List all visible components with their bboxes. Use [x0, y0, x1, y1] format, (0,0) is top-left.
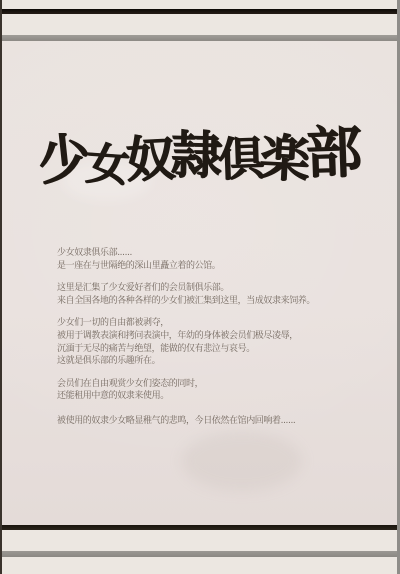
- body-text-line: 被用于调教表演和拷问表演中，年幼的身体被会员们极尽凌辱，: [57, 330, 357, 343]
- body-text-line: 会员们在自由观赏少女们姿态的同时，: [57, 378, 357, 391]
- body-text-line: 这里是汇集了少女爱好者们的会员制俱乐部。: [57, 282, 357, 295]
- body-text-line: 这就是俱乐部的乐趣所在。: [57, 355, 357, 368]
- page-title: 少女奴隷倶楽部: [0, 112, 400, 208]
- paragraph: 少女奴隶俱乐部...... 是一座在与世隔绝的深山里矗立着的公馆。: [57, 247, 357, 272]
- top-black-rule: [0, 9, 400, 14]
- top-gray-rule: [0, 35, 400, 41]
- title-character: 部: [304, 109, 363, 199]
- paragraph: 被使用的奴隶少女略显稚气的悲鸣，今日依然在馆内回响着......: [57, 415, 357, 428]
- paper-stain: [182, 431, 302, 491]
- body-text-line: 来自全国各地的各种各样的少女们被汇集到这里，当成奴隶来饲养。: [57, 295, 357, 308]
- paragraph: 会员们在自由观赏少女们姿态的同时， 还能租用中意的奴隶来使用。: [57, 378, 357, 403]
- body-text-line: 沉湎于无尽的痛苦与绝望，能做的仅有悲泣与哀号。: [57, 343, 357, 356]
- title-character: 隷: [170, 113, 223, 202]
- bottom-black-rule: [0, 525, 400, 530]
- body-text-line: 少女奴隶俱乐部......: [57, 247, 357, 260]
- body-text-block: 少女奴隶俱乐部...... 是一座在与世隔绝的深山里矗立着的公馆。 这里是汇集了…: [57, 247, 357, 438]
- paragraph: 少女们一切的自由都被剥夺， 被用于调教表演和拷问表演中，年幼的身体被会员们极尽凌…: [57, 317, 357, 367]
- bottom-gray-rule: [0, 551, 400, 557]
- body-text-line: 被使用的奴隶少女略显稚气的悲鸣，今日依然在馆内回响着......: [57, 415, 357, 428]
- paragraph: 这里是汇集了少女爱好者们的会员制俱乐部。 来自全国各地的各种各样的少女们被汇集到…: [57, 282, 357, 307]
- scanned-book-page: 少女奴隷倶楽部 少女奴隶俱乐部...... 是一座在与世隔绝的深山里矗立着的公馆…: [0, 0, 400, 574]
- body-text-line: 是一座在与世隔绝的深山里矗立着的公馆。: [57, 260, 357, 273]
- page-left-edge-line: [0, 0, 2, 574]
- body-text-line: 还能租用中意的奴隶来使用。: [57, 390, 357, 403]
- body-text-line: 少女们一切的自由都被剥夺，: [57, 317, 357, 330]
- title-character: 奴: [124, 115, 178, 205]
